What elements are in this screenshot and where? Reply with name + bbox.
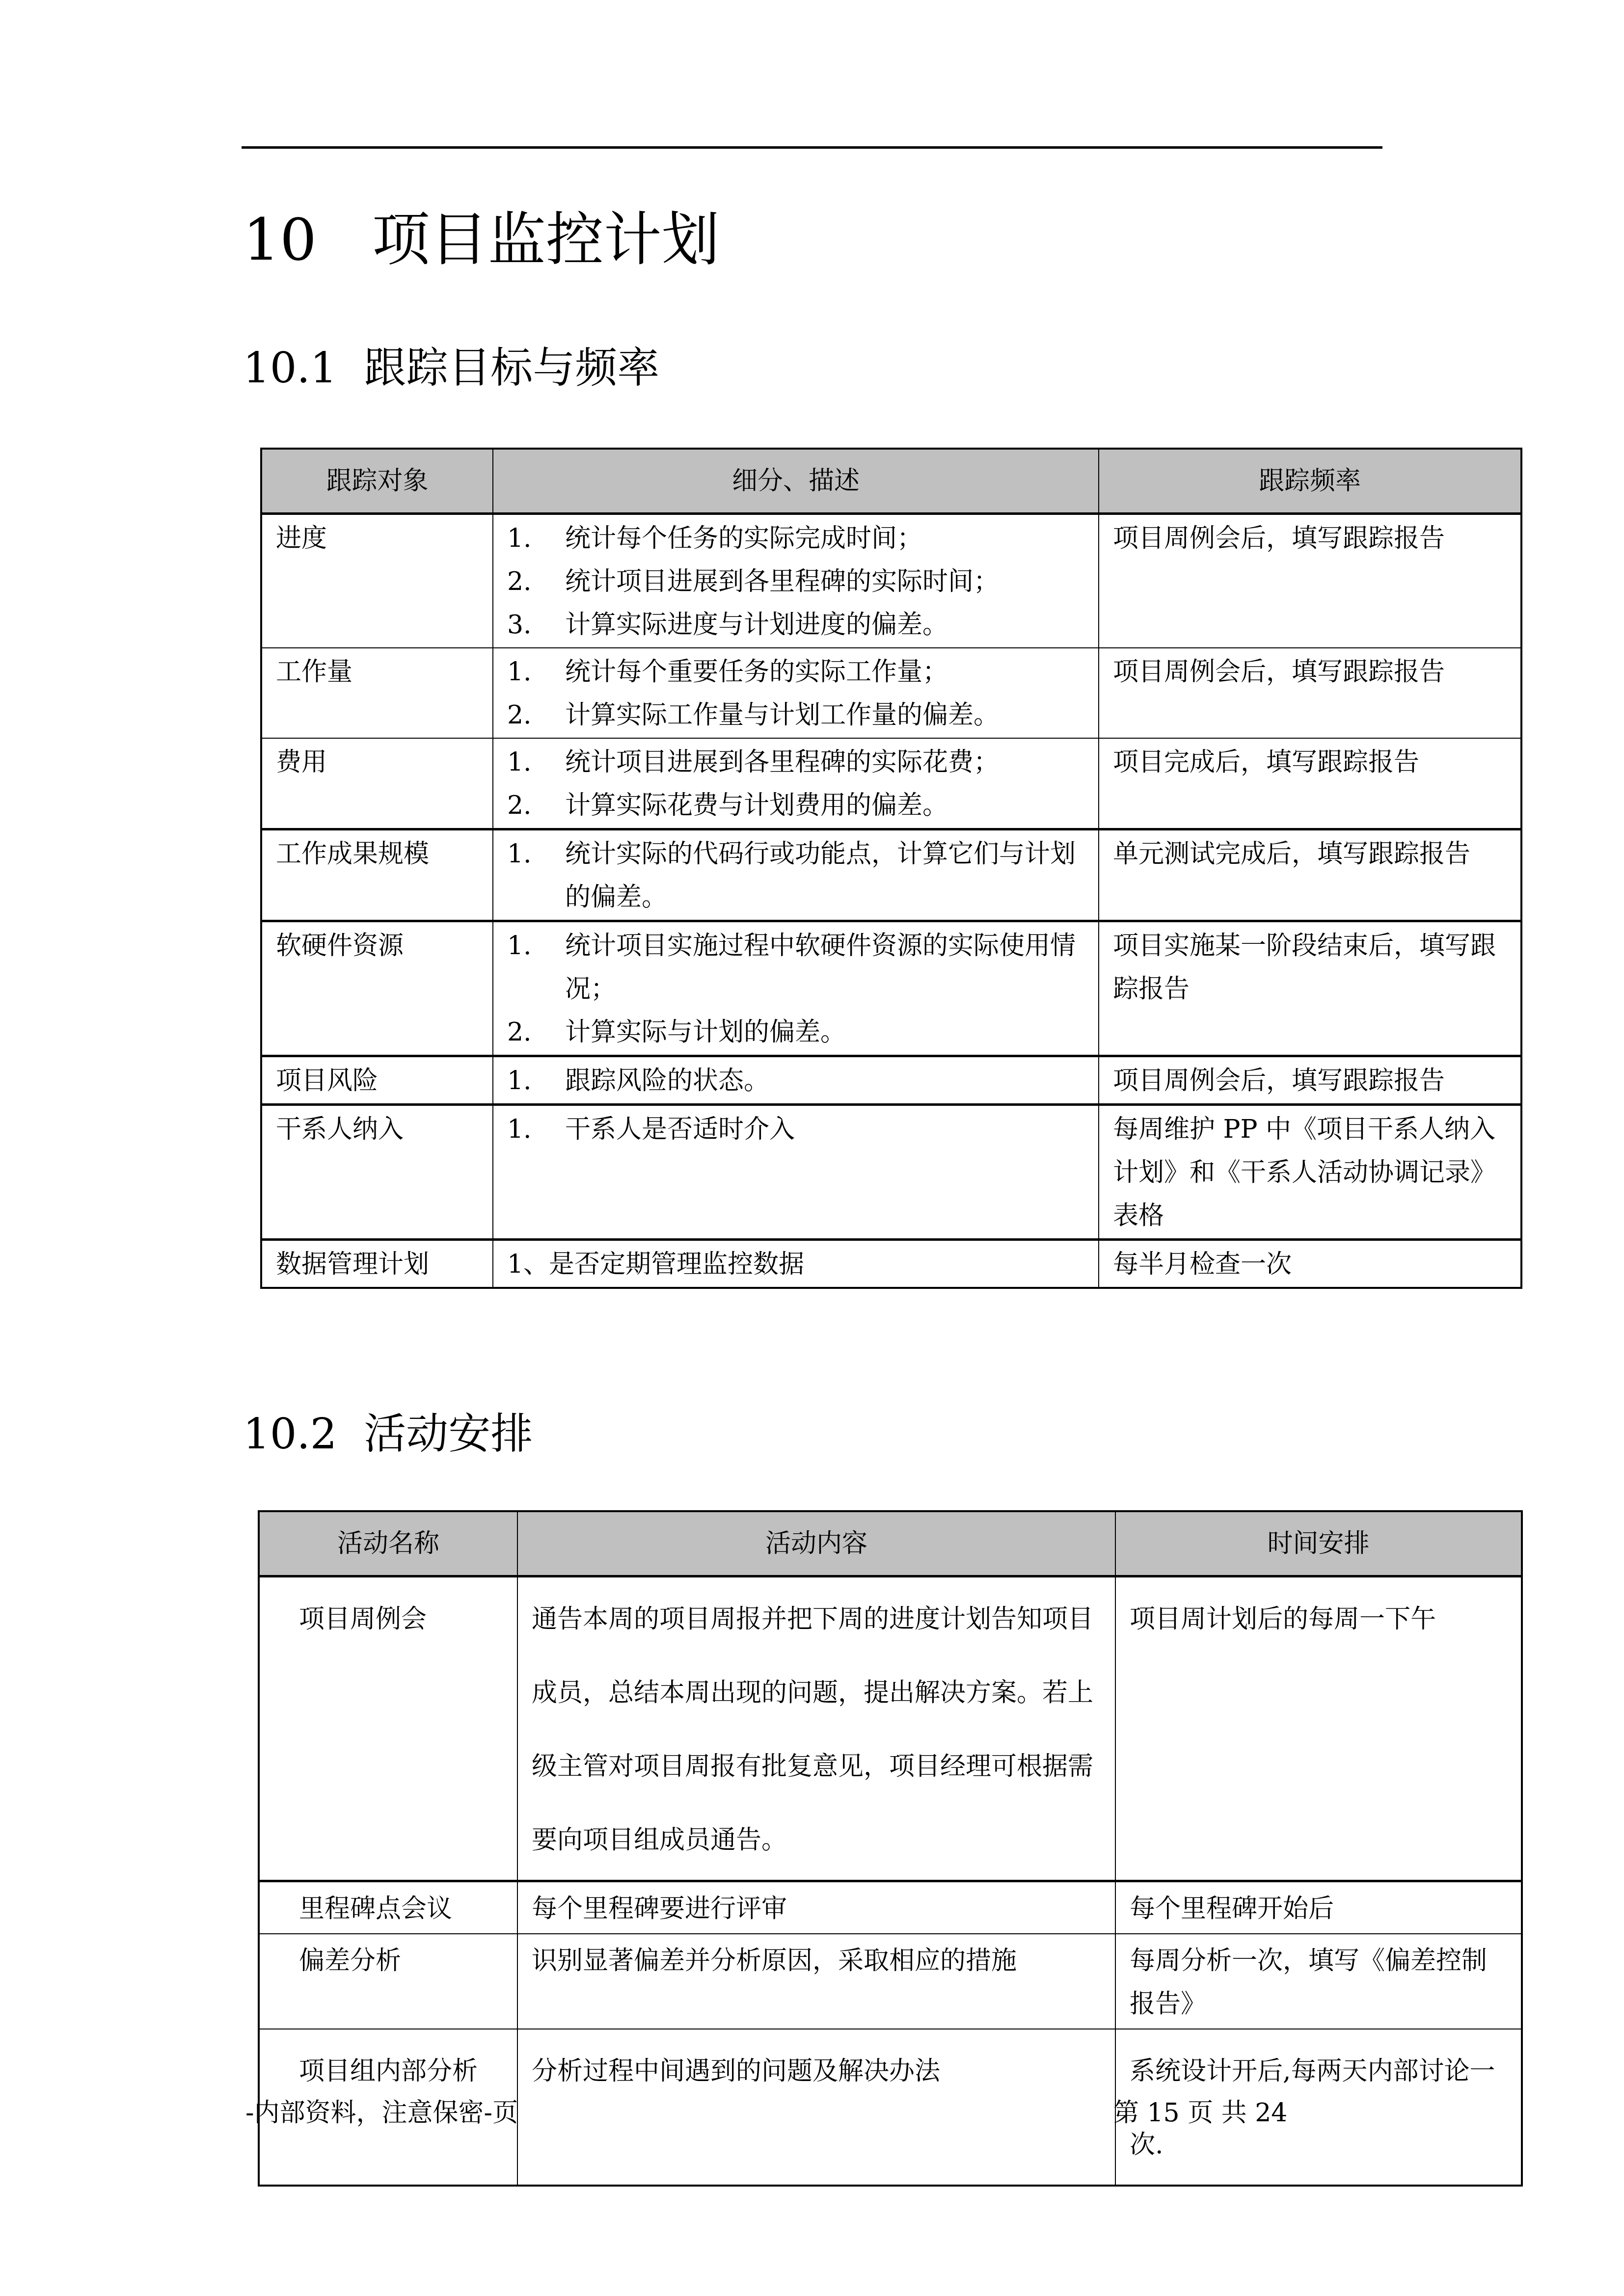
tracking-object: 进度	[261, 514, 493, 648]
list-text: 跟踪风险的状态。	[565, 1059, 1084, 1102]
tracking-frequency: 项目周例会后，填写跟踪报告	[1099, 648, 1521, 738]
activity-content: 通告本周的项目周报并把下周的进度计划告知项目成员，总结本周出现的问题，提出解决方…	[517, 1576, 1115, 1881]
list-number: 3.	[507, 603, 565, 646]
list-item: 1.统计实际的代码行或功能点，计算它们与计划的偏差。	[507, 832, 1084, 919]
list-number: 1.	[507, 650, 565, 694]
tracking-object: 工作量	[261, 648, 493, 738]
activity-content: 分析过程中间遇到的问题及解决办法	[517, 2029, 1115, 2186]
activity-table: 活动名称 活动内容 时间安排 项目周例会 通告本周的项目周报并把下周的进度计划告…	[258, 1510, 1523, 2187]
table-row: 工作量 1.统计每个重要任务的实际工作量； 2.计算实际工作量与计划工作量的偏差…	[261, 648, 1521, 738]
table-header-row: 跟踪对象 细分、描述 跟踪频率	[261, 449, 1521, 514]
tracking-description: 1、是否定期管理监控数据	[493, 1240, 1099, 1288]
list-item: 1.统计每个重要任务的实际工作量；	[507, 650, 1084, 694]
tracking-object: 干系人纳入	[261, 1105, 493, 1240]
table-row: 里程碑点会议 每个里程碑要进行评审 每个里程碑开始后	[259, 1881, 1522, 1934]
list-text: 计算实际工作量与计划工作量的偏差。	[565, 694, 1084, 737]
list-text: 统计实际的代码行或功能点，计算它们与计划的偏差。	[565, 832, 1084, 919]
list-number: 1.	[507, 1108, 565, 1151]
table-row: 软硬件资源 1.统计项目实施过程中软硬件资源的实际使用情况； 2.计算实际与计划…	[261, 921, 1521, 1056]
list-number: 2.	[507, 694, 565, 737]
list-text: 统计每个重要任务的实际工作量；	[565, 650, 1084, 694]
list-item: 2.计算实际工作量与计划工作量的偏差。	[507, 694, 1084, 737]
table-row: 项目风险 1.跟踪风险的状态。 项目周例会后，填写跟踪报告	[261, 1056, 1521, 1105]
table-header-row: 活动名称 活动内容 时间安排	[259, 1511, 1522, 1576]
activity-schedule: 每周分析一次，填写《偏差控制报告》	[1115, 1934, 1522, 2029]
list-item: 1.干系人是否适时介入	[507, 1108, 1084, 1151]
tracking-description: 1.统计每个任务的实际完成时间； 2.统计项目进展到各里程碑的实际时间； 3.计…	[493, 514, 1099, 648]
list-number: 1.	[507, 517, 565, 560]
list-number: 1.	[507, 924, 565, 1011]
tracking-description: 1.统计项目进展到各里程碑的实际花费； 2.计算实际花费与计划费用的偏差。	[493, 738, 1099, 829]
activity-content: 识别显著偏差并分析原因，采取相应的措施	[517, 1934, 1115, 2029]
column-header: 细分、描述	[493, 449, 1099, 514]
table-row: 偏差分析 识别显著偏差并分析原因，采取相应的措施 每周分析一次，填写《偏差控制报…	[259, 1934, 1522, 2029]
table-row: 工作成果规模 1.统计实际的代码行或功能点，计算它们与计划的偏差。 单元测试完成…	[261, 829, 1521, 921]
tracking-object: 数据管理计划	[261, 1240, 493, 1288]
list-item: 2.统计项目进展到各里程碑的实际时间；	[507, 560, 1084, 603]
tracking-description: 1.跟踪风险的状态。	[493, 1056, 1099, 1105]
table-row: 费用 1.统计项目进展到各里程碑的实际花费； 2.计算实际花费与计划费用的偏差。…	[261, 738, 1521, 829]
list-number: 2.	[507, 560, 565, 603]
table-row: 干系人纳入 1.干系人是否适时介入 每周维护 PP 中《项目干系人纳入计划》和《…	[261, 1105, 1521, 1240]
column-header: 跟踪频率	[1099, 449, 1521, 514]
list-text: 干系人是否适时介入	[565, 1108, 1084, 1151]
list-text: 统计项目实施过程中软硬件资源的实际使用情况；	[565, 924, 1084, 1011]
tracking-frequency: 项目完成后，填写跟踪报告	[1099, 738, 1521, 829]
list-number: 1.	[507, 741, 565, 784]
tracking-frequency: 每半月检查一次	[1099, 1240, 1521, 1288]
list-number: 1.	[507, 832, 565, 919]
column-header: 跟踪对象	[261, 449, 493, 514]
header-rule	[242, 146, 1382, 149]
table-row: 数据管理计划 1、是否定期管理监控数据 每半月检查一次	[261, 1240, 1521, 1288]
activity-schedule: 每个里程碑开始后	[1115, 1881, 1522, 1934]
list-item: 1.统计项目实施过程中软硬件资源的实际使用情况；	[507, 924, 1084, 1011]
list-text: 统计项目进展到各里程碑的实际花费；	[565, 741, 1084, 784]
tracking-description: 1.统计实际的代码行或功能点，计算它们与计划的偏差。	[493, 829, 1099, 921]
list-text: 统计每个任务的实际完成时间；	[565, 517, 1084, 560]
activity-content: 每个里程碑要进行评审	[517, 1881, 1115, 1934]
activity-name: 里程碑点会议	[259, 1881, 517, 1934]
tracking-description: 1.统计项目实施过程中软硬件资源的实际使用情况； 2.计算实际与计划的偏差。	[493, 921, 1099, 1056]
tracking-object: 费用	[261, 738, 493, 829]
section-heading-activities: 10.2 活动安排	[243, 1410, 533, 1459]
tracking-description: 1.统计每个重要任务的实际工作量； 2.计算实际工作量与计划工作量的偏差。	[493, 648, 1099, 738]
table-row: 项目周例会 通告本周的项目周报并把下周的进度计划告知项目成员，总结本周出现的问题…	[259, 1576, 1522, 1881]
list-item: 1.跟踪风险的状态。	[507, 1059, 1084, 1102]
tracking-frequency: 单元测试完成后，填写跟踪报告	[1099, 829, 1521, 921]
activity-name: 项目周例会	[259, 1576, 517, 1881]
list-text: 统计项目进展到各里程碑的实际时间；	[565, 560, 1084, 603]
tracking-frequency: 每周维护 PP 中《项目干系人纳入计划》和《干系人活动协调记录》表格	[1099, 1105, 1521, 1240]
list-item: 2.计算实际与计划的偏差。	[507, 1011, 1084, 1054]
tracking-object: 项目风险	[261, 1056, 493, 1105]
list-number: 1.	[507, 1059, 565, 1102]
list-item: 1.统计项目进展到各里程碑的实际花费；	[507, 741, 1084, 784]
activity-name: 偏差分析	[259, 1934, 517, 2029]
tracking-frequency: 项目实施某一阶段结束后，填写跟踪报告	[1099, 921, 1521, 1056]
list-number: 2.	[507, 784, 565, 827]
list-text: 计算实际进度与计划进度的偏差。	[565, 603, 1084, 646]
tracking-frequency: 项目周例会后，填写跟踪报告	[1099, 1056, 1521, 1105]
list-number: 2.	[507, 1011, 565, 1054]
chapter-heading: 10 项目监控计划	[243, 205, 720, 274]
footer-confidential: -内部资料，注意保密-页	[245, 2092, 520, 2134]
list-text: 计算实际花费与计划费用的偏差。	[565, 784, 1084, 827]
tracking-description: 1.干系人是否适时介入	[493, 1105, 1099, 1240]
list-text: 计算实际与计划的偏差。	[565, 1011, 1084, 1054]
activity-schedule: 项目周计划后的每周一下午	[1115, 1576, 1522, 1881]
tracking-frequency: 项目周例会后，填写跟踪报告	[1099, 514, 1521, 648]
list-item: 2.计算实际花费与计划费用的偏差。	[507, 784, 1084, 827]
column-header: 活动名称	[259, 1511, 517, 1576]
tracking-object: 软硬件资源	[261, 921, 493, 1056]
table-row: 进度 1.统计每个任务的实际完成时间； 2.统计项目进展到各里程碑的实际时间； …	[261, 514, 1521, 648]
list-item: 3.计算实际进度与计划进度的偏差。	[507, 603, 1084, 646]
list-item: 1.统计每个任务的实际完成时间；	[507, 517, 1084, 560]
section-heading-tracking: 10.1 跟踪目标与频率	[243, 344, 659, 393]
column-header: 活动内容	[517, 1511, 1115, 1576]
tracking-table: 跟踪对象 细分、描述 跟踪频率 进度 1.统计每个任务的实际完成时间； 2.统计…	[260, 448, 1522, 1289]
tracking-object: 工作成果规模	[261, 829, 493, 921]
footer-page-number: 第 15 页 共 24	[1113, 2092, 1287, 2134]
column-header: 时间安排	[1115, 1511, 1522, 1576]
